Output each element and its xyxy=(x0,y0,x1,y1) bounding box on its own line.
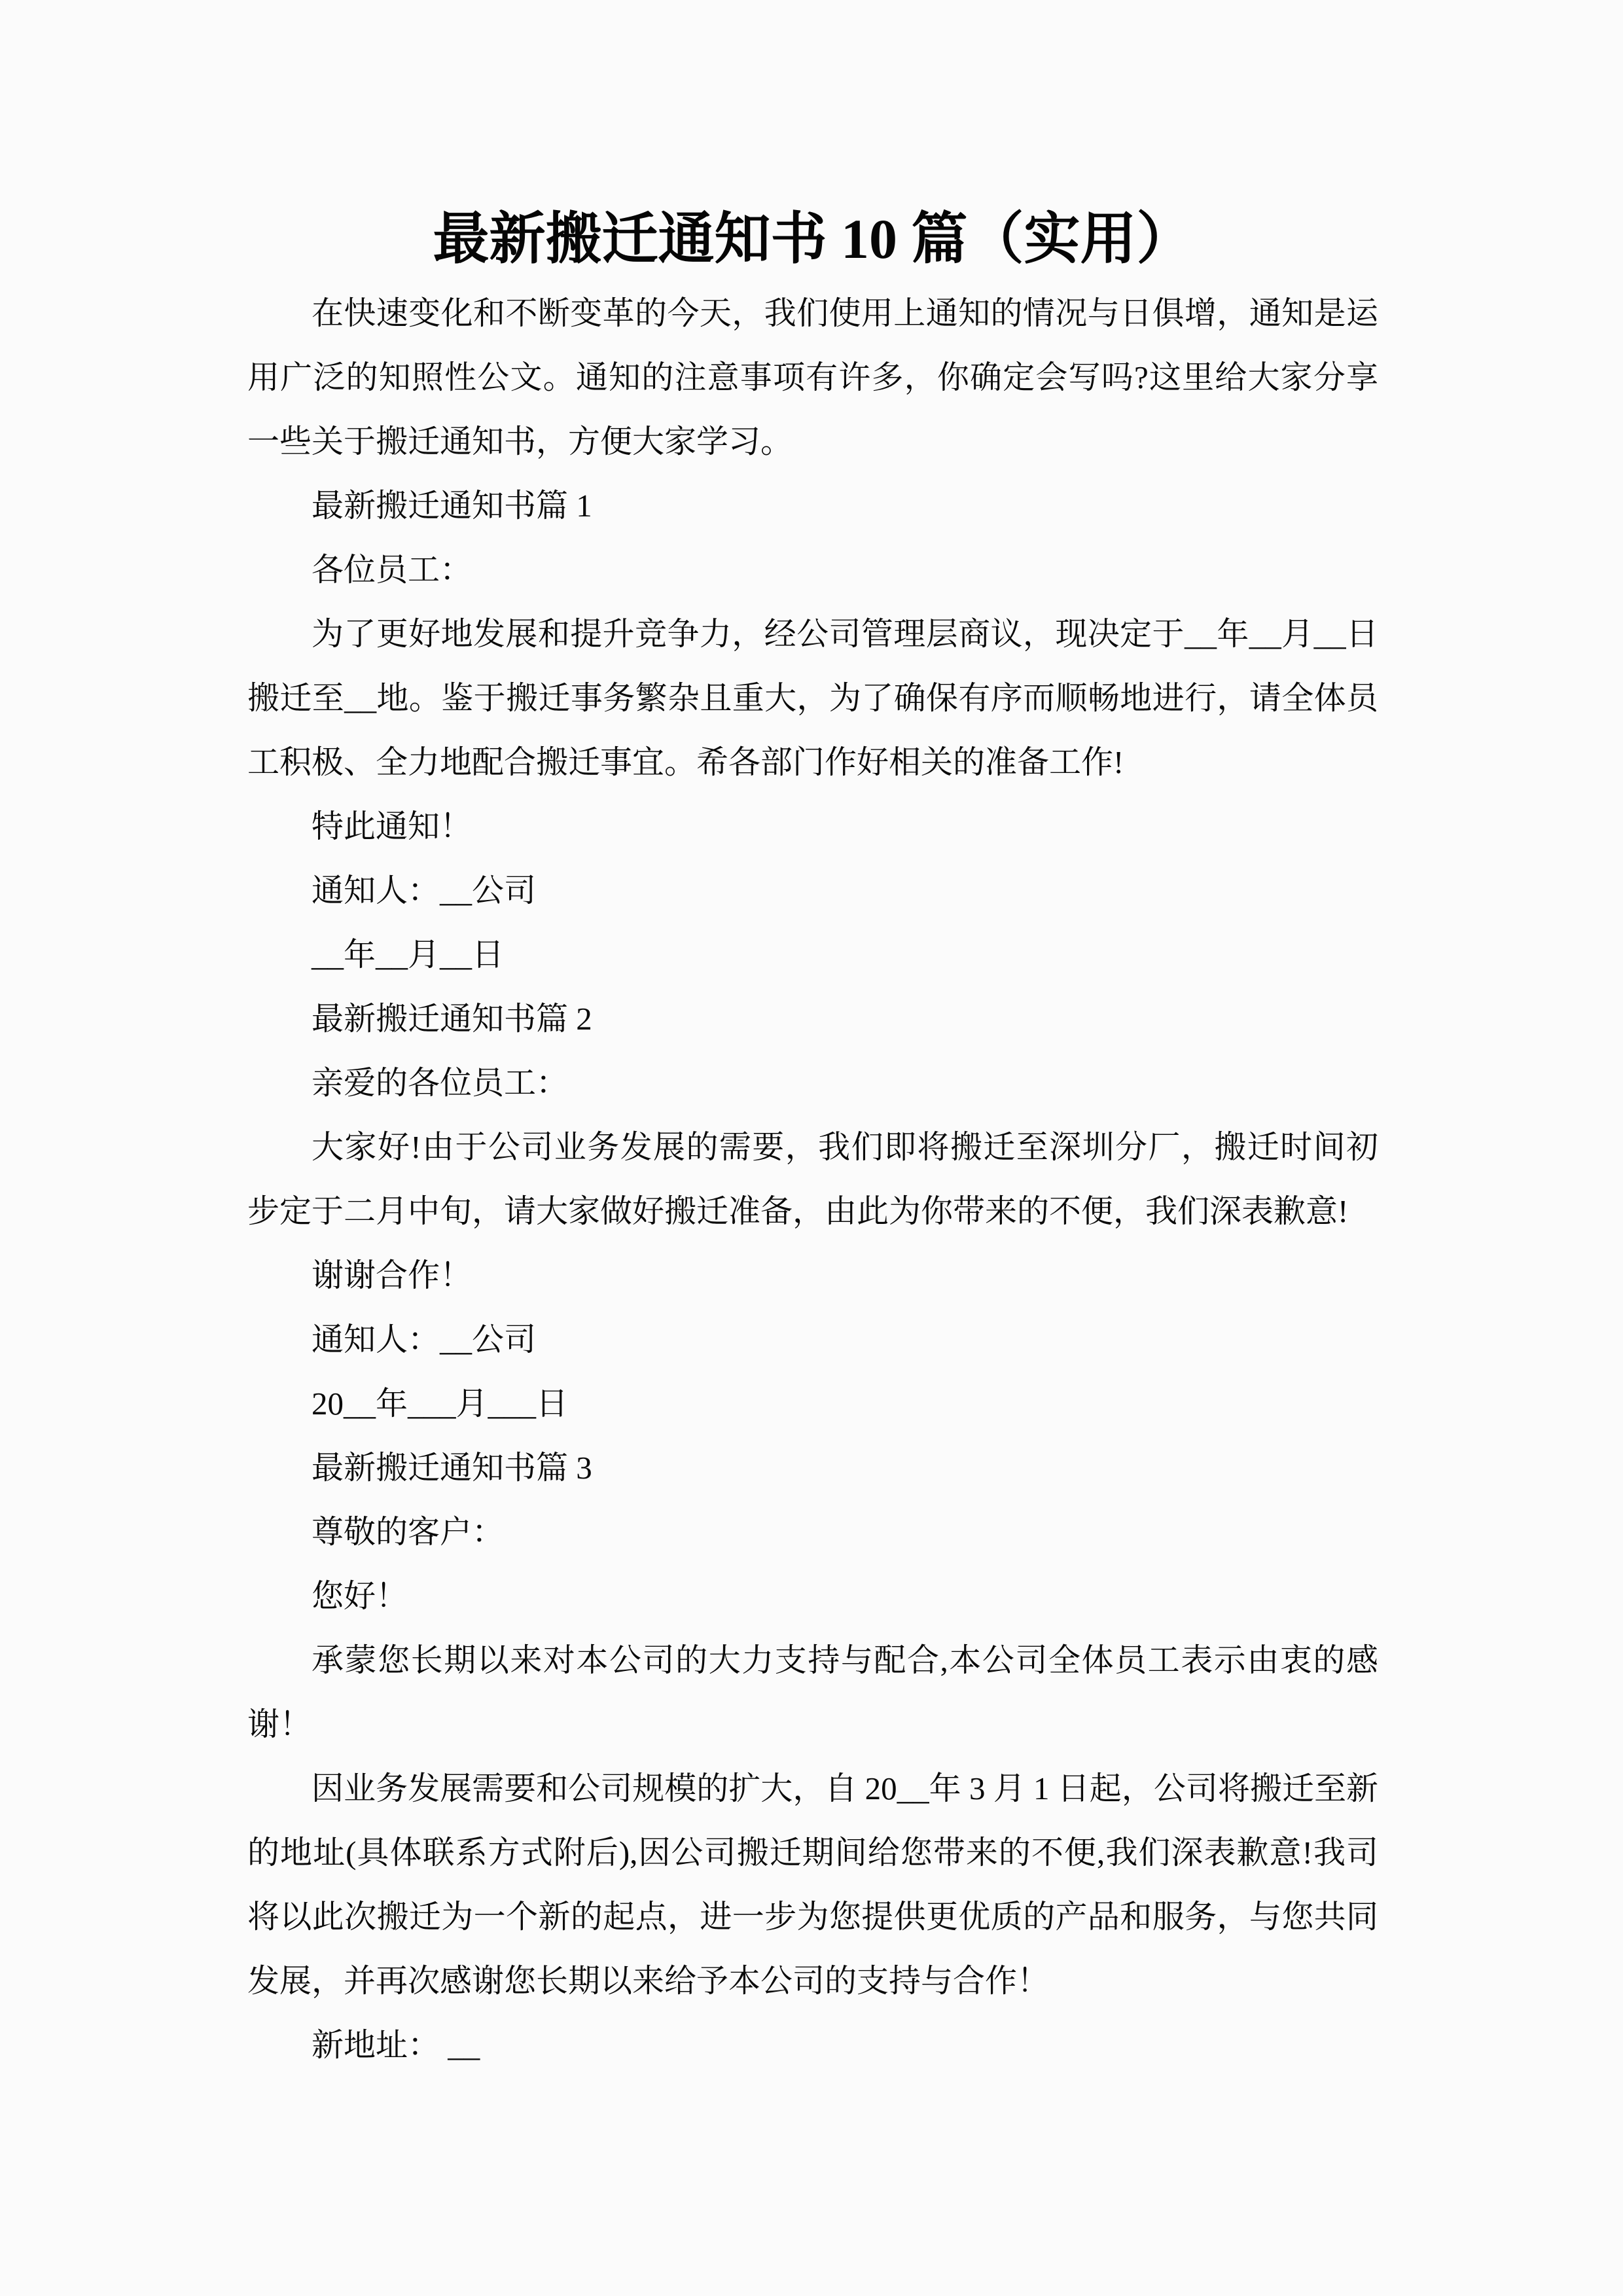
notice-line-1: 特此通知！ xyxy=(247,795,1378,859)
address-line-3: 新地址： __ xyxy=(247,2013,1378,2077)
date-line-2: 20__年___月___日 xyxy=(247,1372,1378,1436)
document-page: 最新搬迁通知书 10 篇（实用） 在快速变化和不断变革的今天，我们使用上通知的情… xyxy=(0,0,1623,2296)
section-heading-3: 最新搬迁通知书篇 3 xyxy=(247,1436,1378,1500)
date-line-1: __年__月__日 xyxy=(247,923,1378,987)
greeting-line-3: 您好！ xyxy=(247,1564,1378,1628)
body-paragraph-2: 大家好!由于公司业务发展的需要，我们即将搬迁至深圳分厂，搬迁时间初步定于二月中旬… xyxy=(247,1115,1378,1244)
body-paragraph-3a: 承蒙您长期以来对本公司的大力支持与配合,本公司全体员工表示由衷的感谢！ xyxy=(247,1628,1378,1757)
signer-line-2: 通知人：__公司 xyxy=(247,1308,1378,1372)
body-paragraph-1: 为了更好地发展和提升竞争力，经公司管理层商议，现决定于__年__月__日搬迁至_… xyxy=(247,602,1378,795)
thanks-line-2: 谢谢合作！ xyxy=(247,1244,1378,1308)
section-heading-1: 最新搬迁通知书篇 1 xyxy=(247,474,1378,538)
document-title: 最新搬迁通知书 10 篇（实用） xyxy=(247,196,1378,281)
salutation-1: 各位员工： xyxy=(247,538,1378,602)
salutation-2: 亲爱的各位员工： xyxy=(247,1051,1378,1115)
body-paragraph-3b: 因业务发展需要和公司规模的扩大，自 20__年 3 月 1 日起，公司将搬迁至新… xyxy=(247,1757,1378,2013)
salutation-3: 尊敬的客户： xyxy=(247,1500,1378,1564)
signer-line-1: 通知人：__公司 xyxy=(247,859,1378,923)
section-heading-2: 最新搬迁通知书篇 2 xyxy=(247,987,1378,1051)
intro-paragraph: 在快速变化和不断变革的今天，我们使用上通知的情况与日俱增，通知是运用广泛的知照性… xyxy=(247,281,1378,474)
